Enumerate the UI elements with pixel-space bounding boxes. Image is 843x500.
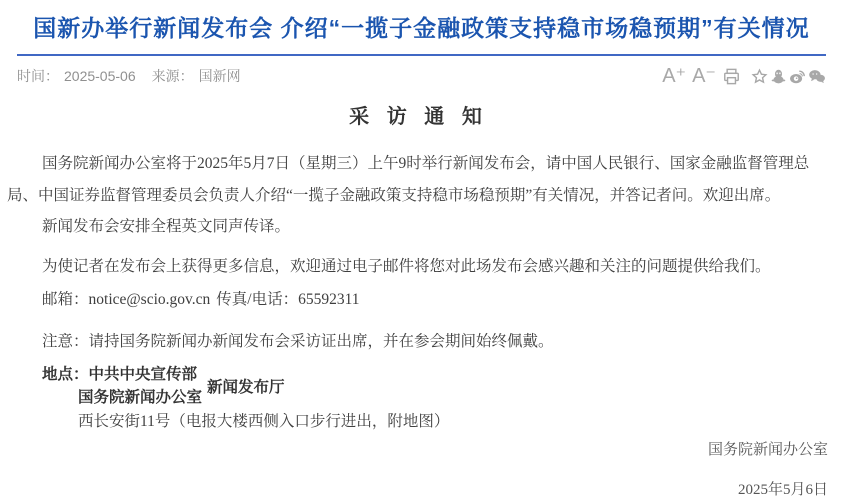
source-value[interactable]: 国新网 bbox=[199, 66, 241, 86]
weibo-icon bbox=[789, 68, 806, 85]
wechat-share-button[interactable] bbox=[808, 68, 826, 85]
signature-org: 国务院新闻办公室 bbox=[708, 438, 828, 459]
location-label: 地点： bbox=[42, 366, 89, 383]
page: 国新办举行新闻发布会 介绍“一揽子金融政策支持稳市场稳预期”有关情况 时间： 2… bbox=[0, 0, 843, 500]
paragraph-meeting-info: 国务院新闻办公室将于2025年5月7日（星期三）上午9时举行新闻发布会，请中国人… bbox=[7, 148, 830, 212]
location-row-1: 地点：中共中央宣传部 bbox=[7, 364, 830, 386]
print-button[interactable] bbox=[722, 67, 741, 86]
weibo-share-button[interactable] bbox=[789, 68, 806, 85]
share-group bbox=[751, 68, 826, 85]
star-icon bbox=[751, 68, 768, 85]
paragraph-email-invite: 为使记者在发布会上获得更多信息，欢迎通过电子邮件将您对此场发布会感兴趣和关注的问… bbox=[7, 256, 830, 278]
font-increase-button[interactable]: A⁺ bbox=[662, 65, 686, 87]
wechat-icon bbox=[808, 68, 826, 85]
paragraph-badge-notice: 注意：请持国务院新闻办新闻发布会采访证出席，并在参会期间始终佩戴。 bbox=[7, 331, 830, 353]
paragraph-interpretation: 新闻发布会安排全程英文同声传译。 bbox=[7, 216, 830, 238]
location-address: 西长安街11号（电报大楼西侧入口步行进出，附地图） bbox=[7, 411, 830, 433]
title-divider bbox=[17, 54, 826, 56]
location-org-1: 中共中央宣传部 bbox=[89, 366, 198, 383]
time-value: 2025-05-06 bbox=[64, 68, 136, 84]
location-hall: 新闻发布厅 bbox=[207, 377, 285, 399]
location-block: 地点：中共中央宣传部 国务院新闻办公室 新闻发布厅 西长安街11号（电报大楼西侧… bbox=[7, 364, 830, 433]
qq-icon bbox=[770, 68, 787, 85]
meta-row: 时间： 2025-05-06 来源： 国新网 A⁺ A⁻ bbox=[17, 63, 826, 89]
source-label: 来源： bbox=[152, 66, 194, 86]
paragraph-contact: 邮箱：notice@scio.gov.cn传真/电话：65592311 bbox=[7, 289, 830, 311]
qq-share-button[interactable] bbox=[770, 68, 787, 85]
location-org-2: 国务院新闻办公室 bbox=[7, 387, 830, 409]
notice-article: 采 访 通 知 国务院新闻办公室将于2025年5月7日（星期三）上午9时举行新闻… bbox=[7, 105, 830, 433]
toolbar: A⁺ A⁻ bbox=[662, 65, 826, 87]
favorite-button[interactable] bbox=[751, 68, 768, 85]
email-address: notice@scio.gov.cn bbox=[89, 291, 211, 308]
notice-heading: 采 访 通 知 bbox=[7, 105, 830, 129]
time-label: 时间： bbox=[17, 66, 59, 86]
page-title: 国新办举行新闻发布会 介绍“一揽子金融政策支持稳市场稳预期”有关情况 bbox=[0, 0, 843, 43]
email-label: 邮箱： bbox=[42, 291, 89, 308]
phone-number: 65592311 bbox=[298, 291, 359, 308]
font-decrease-button[interactable]: A⁻ bbox=[692, 65, 716, 87]
phone-label: 传真/电话： bbox=[216, 291, 298, 308]
signature-date: 2025年5月6日 bbox=[738, 478, 828, 499]
printer-icon bbox=[722, 67, 741, 86]
